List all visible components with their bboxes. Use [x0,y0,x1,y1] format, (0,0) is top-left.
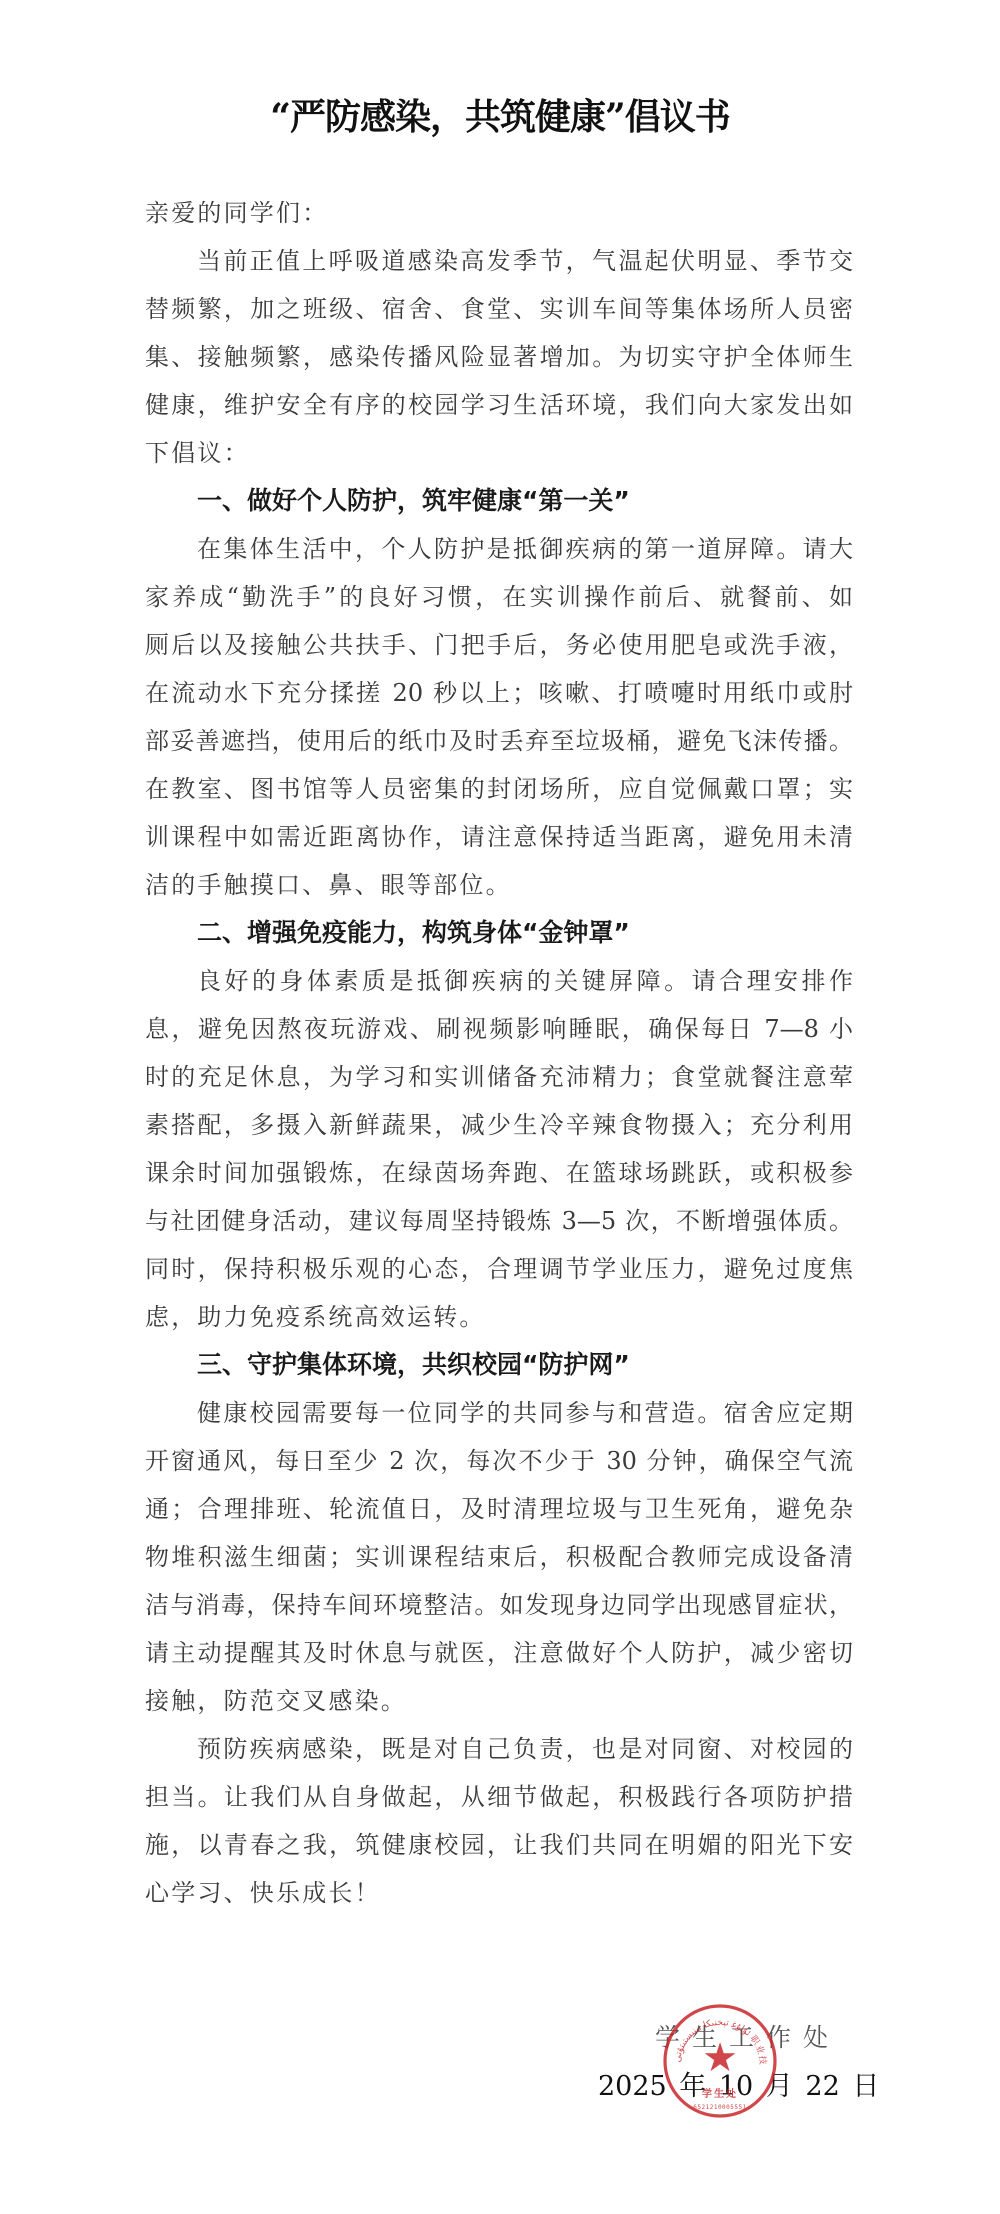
paragraph-line: 施，以青春之我，筑健康校园，让我们共同在明媚的阳光下安 [145,1821,853,1869]
paragraph-line: 部妥善遮挡，使用后的纸巾及时丢弃至垃圾桶，避免飞沫传播。 [145,717,853,765]
paragraph-line: 时的充足休息，为学习和实训储备充沛精力；食堂就餐注意荤 [145,1053,853,1101]
section-heading: 三、守护集体环境，共织校园“防护网” [197,1341,630,1389]
paragraph-line: 训课程中如需近距离协作，请注意保持适当距离，避免用未清 [145,813,853,861]
paragraph-line: 课余时间加强锻炼，在绿茵场奔跑、在篮球场跳跃，或积极参 [145,1149,853,1197]
paragraph-line: 预防疾病感染，既是对自己负责，也是对同窗、对校园的 [197,1725,853,1773]
paragraph-line: 与社团健身活动，建议每周坚持锻炼 3—5 次，不断增强体质。 [145,1197,853,1245]
paragraph-line: 素搭配，多摄入新鲜蔬果，减少生冷辛辣食物摄入；充分利用 [145,1101,853,1149]
paragraph-line: 良好的身体素质是抵御疾病的关键屏障。请合理安排作 [197,957,853,1005]
document-page: “严防感染，共筑健康”倡议书 亲爱的同学们： 当前正值上呼吸道感染高发季节，气温… [0,0,1000,2214]
paragraph-line: 请主动提醒其及时休息与就医，注意做好个人防护，减少密切 [145,1629,853,1677]
seal-number: 6521210005551 [693,2104,746,2111]
paragraph-line: 物堆积滋生细菌；实训课程结束后，积极配合教师完成设备清 [145,1533,853,1581]
paragraph-line: 集、接触频繁，感染传播风险显著增加。为切实守护全体师生 [145,333,853,381]
section-heading: 一、做好个人防护，筑牢健康“第一关” [197,477,630,525]
section-heading: 二、增强免疫能力，构筑身体“金钟罩” [197,909,630,957]
paragraph-line: 替频繁，加之班级、宿舍、食堂、实训车间等集体场所人员密 [145,285,853,333]
paragraph-line: 厕后以及接触公共扶手、门把手后，务必使用肥皂或洗手液， [145,621,853,669]
document-title: “严防感染，共筑健康”倡议书 [0,92,1000,142]
paragraph-line: 当前正值上呼吸道感染高发季节，气温起伏明显、季节交 [197,237,853,285]
paragraph-line: 健康校园需要每一位同学的共同参与和营造。宿舍应定期 [197,1389,853,1437]
paragraph-line: 息，避免因熬夜玩游戏、刷视频影响睡眠，确保每日 7—8 小 [145,1005,853,1053]
salutation: 亲爱的同学们： [145,189,853,237]
paragraph-line: 洁与消毒，保持车间环境整洁。如发现身边同学出现感冒症状， [145,1581,853,1629]
seal-star-icon: ★ [702,2035,738,2081]
paragraph-line: 虑，助力免疫系统高效运转。 [145,1293,853,1341]
paragraph-line: 洁的手触摸口、鼻、眼等部位。 [145,861,853,909]
paragraph-line: 接触，防范交叉感染。 [145,1677,853,1725]
paragraph-line: 通；合理排班、轮流值日，及时清理垃圾与卫生死角，避免杂 [145,1485,853,1533]
paragraph-line: 同时，保持积极乐观的心态，合理调节学业压力，避免过度焦 [145,1245,853,1293]
paragraph-line: 家养成“勤洗手”的良好习惯，在实训操作前后、就餐前、如 [145,573,853,621]
seal-center-text: 学生处 [702,2087,738,2100]
paragraph-line: 在集体生活中，个人防护是抵御疾病的第一道屏障。请大 [197,525,853,573]
paragraph-line: 在教室、图书馆等人员密集的封闭场所，应自觉佩戴口罩；实 [145,765,853,813]
paragraph-line: 在流动水下充分揉搓 20 秒以上；咳嗽、打喷嚏时用纸巾或肘 [145,669,853,717]
paragraph-line: 担当。让我们从自身做起，从细节做起，积极践行各项防护措 [145,1773,853,1821]
paragraph-line: 下倡议： [145,429,853,477]
paragraph-line: 开窗通风，每日至少 2 次，每次不少于 30 分钟，确保空气流 [145,1437,853,1485]
paragraph-line: 健康，维护安全有序的校园学习生活环境，我们向大家发出如 [145,381,853,429]
paragraph-line: 心学习、快乐成长！ [145,1869,853,1917]
official-seal-icon: ﺋﯘﻟﯘﻏ ﺗﯧﺨﻨﯩﻜﺎ ﺋﯩﻨﯩﺴﺘﯩﺘﯘﺗﻰ 职业技术学院 ★ 学生处 6… [662,2003,778,2119]
